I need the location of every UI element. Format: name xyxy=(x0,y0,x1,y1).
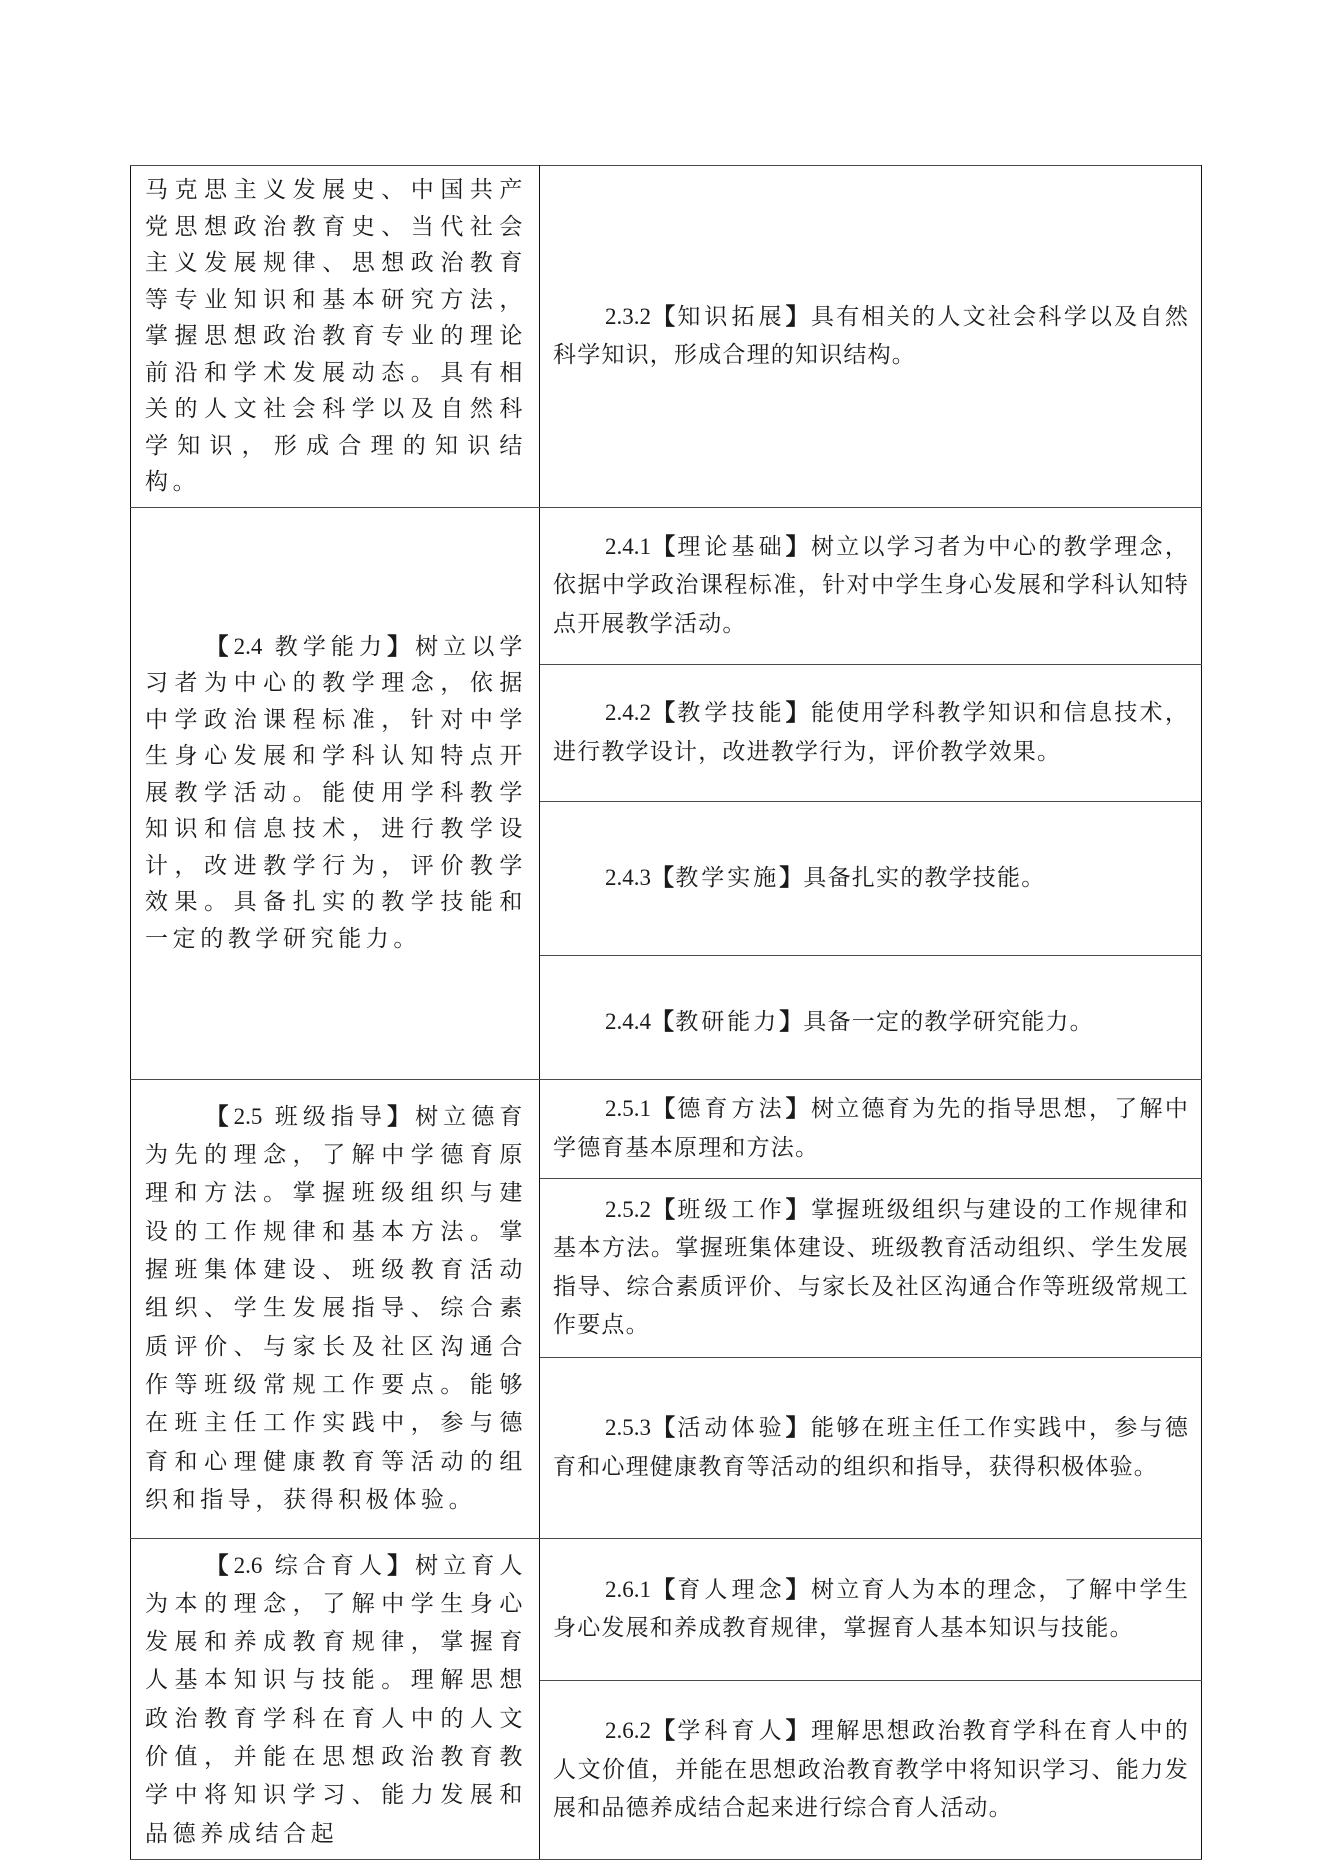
table-row: 马克思主义发展史、中国共产党思想政治教育史、当代社会主义发展规律、思想政治教育等… xyxy=(131,166,1202,508)
indicator-cell-2-5-1: 2.5.1【德育方法】树立德育为先的指导思想，了解中学德育基本原理和方法。 xyxy=(540,1079,1202,1178)
requirement-text: 【2.6 综合育人】树立育人为本的理念，了解中学生身心发展和养成教育规律，掌握育… xyxy=(131,1539,539,1859)
requirement-text: 【2.5 班级指导】树立德育为先的理念，了解中学德育原理和方法。掌握班级组织与建… xyxy=(131,1092,539,1525)
indicator-text: 2.3.2【知识拓展】具有相关的人文社会科学以及自然科学知识，形成合理的知识结构… xyxy=(540,294,1201,379)
indicator-cell-2-4-4: 2.4.4【教研能力】具备一定的教学研究能力。 xyxy=(540,955,1202,1079)
requirement-cell-2-6: 【2.6 综合育人】树立育人为本的理念，了解中学生身心发展和养成教育规律，掌握育… xyxy=(131,1538,540,1859)
table-row: 【2.5 班级指导】树立德育为先的理念，了解中学德育原理和方法。掌握班级组织与建… xyxy=(131,1079,1202,1178)
indicator-text: 2.4.4【教研能力】具备一定的教学研究能力。 xyxy=(540,989,1201,1046)
indicator-cell-2-3-2: 2.3.2【知识拓展】具有相关的人文社会科学以及自然科学知识，形成合理的知识结构… xyxy=(540,166,1202,508)
table-row: 【2.4 教学能力】树立以学习者为中心的教学理念，依据中学政治课程标准，针对中学… xyxy=(131,507,1202,664)
indicator-cell-2-4-3: 2.4.3【教学实施】具备扎实的教学技能。 xyxy=(540,801,1202,955)
indicator-text: 2.5.2【班级工作】掌握班级组织与建设的工作规律和基本方法。掌握班集体建设、班… xyxy=(540,1187,1201,1349)
indicator-text: 2.5.1【德育方法】树立德育为先的指导思想，了解中学德育基本原理和方法。 xyxy=(540,1086,1201,1171)
requirement-text: 【2.4 教学能力】树立以学习者为中心的教学理念，依据中学政治课程标准，针对中学… xyxy=(131,623,539,964)
indicator-text: 2.4.1【理论基础】树立以学习者为中心的教学理念，依据中学政治课程标准，针对中… xyxy=(540,524,1201,648)
indicator-text: 2.6.1【育人理念】树立育人为本的理念，了解中学生身心发展和养成教育规律，掌握… xyxy=(540,1567,1201,1652)
document-page: 马克思主义发展史、中国共产党思想政治教育史、当代社会主义发展规律、思想政治教育等… xyxy=(0,0,1317,1866)
indicator-cell-2-5-3: 2.5.3【活动体验】能够在班主任工作实践中，参与德育和心理健康教育等活动的组织… xyxy=(540,1357,1202,1538)
indicator-text: 2.5.3【活动体验】能够在班主任工作实践中，参与德育和心理健康教育等活动的组织… xyxy=(540,1405,1201,1490)
table-row: 【2.6 综合育人】树立育人为本的理念，了解中学生身心发展和养成教育规律，掌握育… xyxy=(131,1538,1202,1681)
indicator-text: 2.6.2【学科育人】理解思想政治教育学科在育人中的人文价值，并能在思想政治教育… xyxy=(540,1708,1201,1832)
graduation-requirements-table: 马克思主义发展史、中国共产党思想政治教育史、当代社会主义发展规律、思想政治教育等… xyxy=(130,165,1202,1860)
requirement-cell-2-3-continued: 马克思主义发展史、中国共产党思想政治教育史、当代社会主义发展规律、思想政治教育等… xyxy=(131,166,540,508)
requirement-text: 马克思主义发展史、中国共产党思想政治教育史、当代社会主义发展规律、思想政治教育等… xyxy=(131,166,539,507)
indicator-text: 2.4.3【教学实施】具备扎实的教学技能。 xyxy=(540,855,1201,902)
indicator-text: 2.4.2【教学技能】能使用学科教学知识和信息技术，进行教学设计，改进教学行为，… xyxy=(540,690,1201,775)
indicator-cell-2-4-1: 2.4.1【理论基础】树立以学习者为中心的教学理念，依据中学政治课程标准，针对中… xyxy=(540,507,1202,664)
indicator-cell-2-4-2: 2.4.2【教学技能】能使用学科教学知识和信息技术，进行教学设计，改进教学行为，… xyxy=(540,664,1202,801)
indicator-cell-2-6-1: 2.6.1【育人理念】树立育人为本的理念，了解中学生身心发展和养成教育规律，掌握… xyxy=(540,1538,1202,1681)
requirement-cell-2-4: 【2.4 教学能力】树立以学习者为中心的教学理念，依据中学政治课程标准，针对中学… xyxy=(131,507,540,1079)
indicator-cell-2-5-2: 2.5.2【班级工作】掌握班级组织与建设的工作规律和基本方法。掌握班集体建设、班… xyxy=(540,1178,1202,1357)
requirement-cell-2-5: 【2.5 班级指导】树立德育为先的理念，了解中学德育原理和方法。掌握班级组织与建… xyxy=(131,1079,540,1538)
indicator-cell-2-6-2: 2.6.2【学科育人】理解思想政治教育学科在育人中的人文价值，并能在思想政治教育… xyxy=(540,1681,1202,1860)
